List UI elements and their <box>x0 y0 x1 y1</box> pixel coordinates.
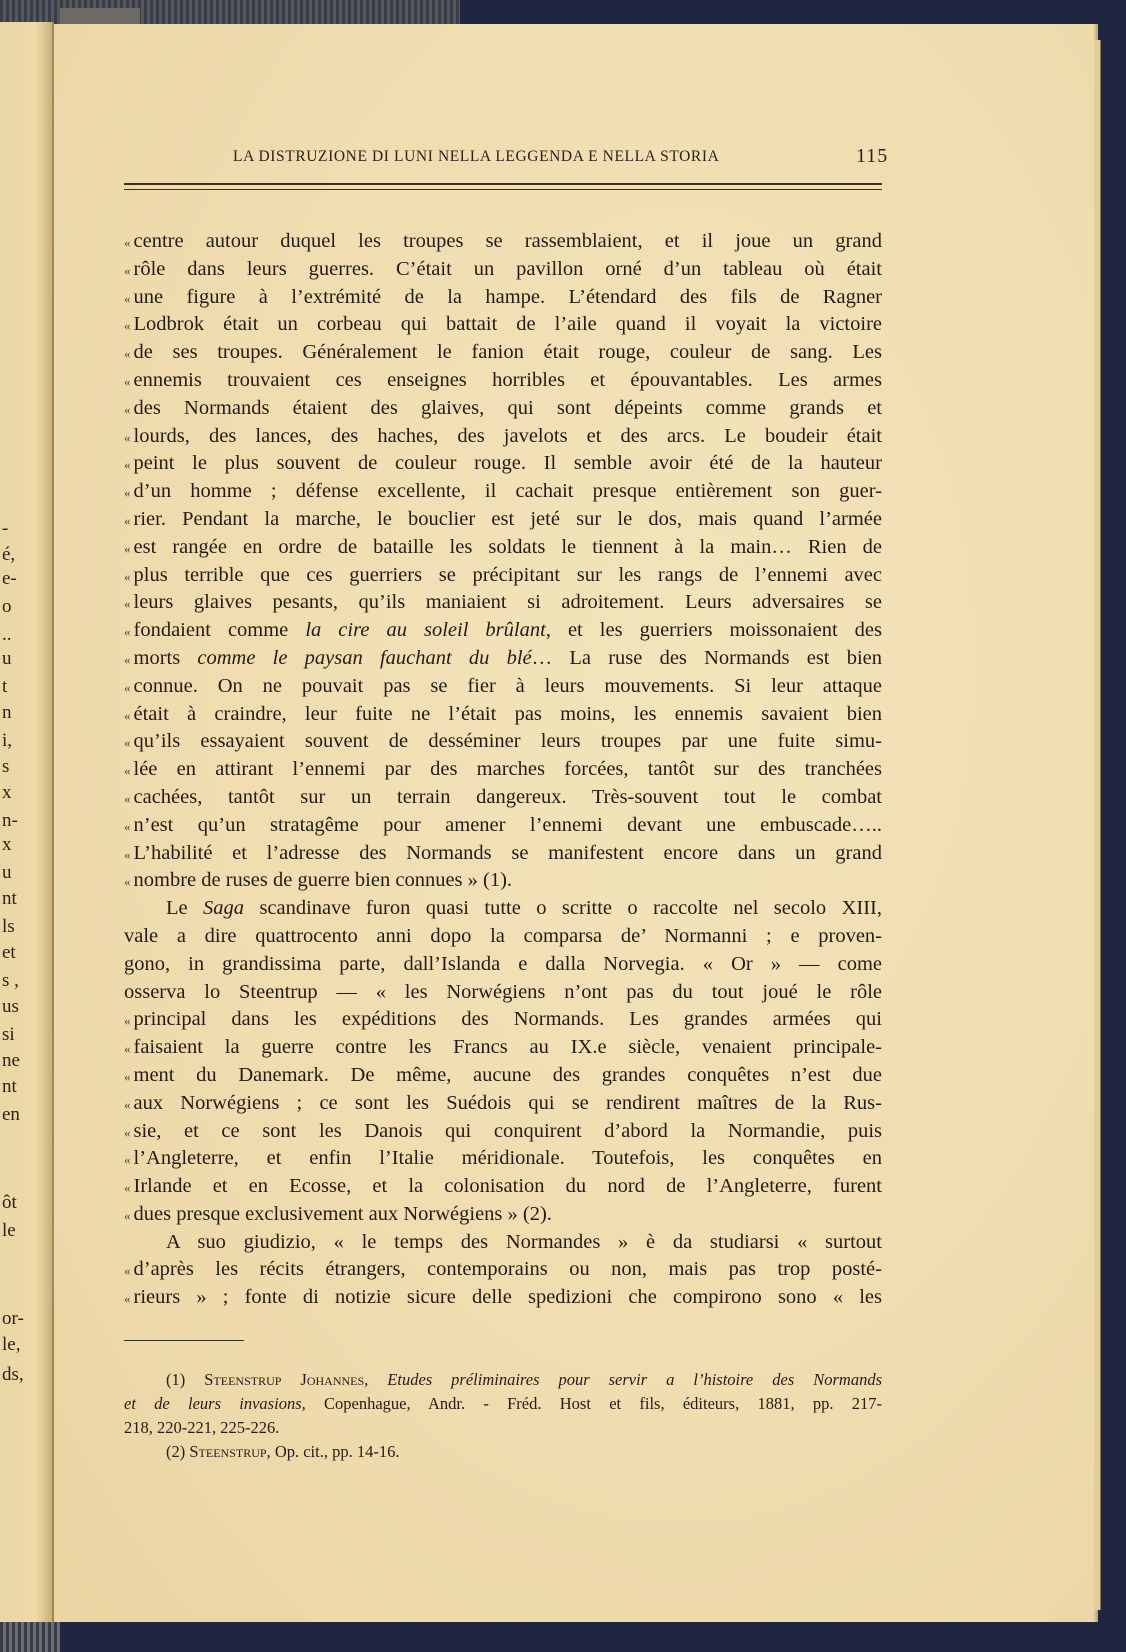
quote-mark: « <box>124 1069 131 1084</box>
paragraph-line: «sie, et ce sont les Danois qui conquire… <box>124 1118 882 1146</box>
previous-page-text-fragment: us <box>2 996 19 1018</box>
quote-mark: « <box>124 1208 131 1223</box>
quoted-line: «rier. Pendant la marche, le bouclier es… <box>124 506 882 534</box>
quoted-line: «connue. On ne pouvait pas se fier à leu… <box>124 673 882 701</box>
paragraph-line: «ment du Danemark. De même, aucune des g… <box>124 1062 882 1090</box>
quote-mark: « <box>124 1013 131 1028</box>
previous-page-text-fragment: en <box>2 1104 20 1126</box>
previous-page-text-fragment: .. <box>2 624 12 646</box>
quote-mark: « <box>124 430 131 445</box>
previous-page-text-fragment: t <box>2 676 7 698</box>
quoted-line: «une figure à l’extrémité de la hampe. L… <box>124 284 882 312</box>
quoted-line: «cachées, tantôt sur un terrain dangereu… <box>124 784 882 812</box>
previous-page-text-fragment: i, <box>2 730 12 752</box>
previous-page-text-fragment: x <box>2 782 12 804</box>
page-number: 115 <box>856 145 888 168</box>
paragraph-line: gono, in grandissima parte, dall’Islanda… <box>124 951 882 979</box>
header-rule-top <box>124 183 882 185</box>
footnote-line: 218, 220-221, 225-226. <box>124 1416 882 1440</box>
paragraph-line: «Irlande et en Ecosse, et la colonisatio… <box>124 1173 882 1201</box>
footnote-author: Steenstrup, <box>189 1442 270 1461</box>
footnote-separator <box>124 1340 244 1341</box>
previous-page-text-fragment: o <box>2 596 12 618</box>
previous-page-text-fragment: n- <box>2 810 18 832</box>
paragraph-line: «l’Angleterre, et enfin l’Italie méridio… <box>124 1145 882 1173</box>
previous-page-text-fragment: ôt <box>2 1192 17 1214</box>
paragraph-line: «aux Norwégiens ; ce sont les Suédois qu… <box>124 1090 882 1118</box>
quoted-line: «est rangée en ordre de bataille les sol… <box>124 534 882 562</box>
previous-page-text-fragment: si <box>2 1024 15 1046</box>
quote-mark: « <box>124 847 131 862</box>
previous-page-text-fragment: or- <box>2 1308 24 1330</box>
previous-page-text-fragment: é, <box>2 544 15 566</box>
footnote-title: et de leurs invasions, <box>124 1394 306 1413</box>
quote-mark: « <box>124 1041 131 1056</box>
previous-page-text-fragment: s , <box>2 970 19 992</box>
paragraph-line: «rieurs » ; fonte di notizie sicure dell… <box>124 1284 882 1312</box>
footnote-line: (2) Steenstrup, Op. cit., pp. 14-16. <box>124 1440 882 1464</box>
quoted-line: «lourds, des lances, des haches, des jav… <box>124 423 882 451</box>
paragraph-line: «dues presque exclusivement aux Norwégie… <box>124 1201 882 1229</box>
previous-page-text-fragment: ne <box>2 1050 20 1072</box>
book-binding-bottom <box>0 1620 60 1652</box>
previous-page-text-fragment: u <box>2 862 12 884</box>
previous-page-text-fragment: - <box>2 518 8 540</box>
quote-mark: « <box>124 541 131 556</box>
previous-page-text-fragment: ls <box>2 916 15 938</box>
quoted-line: «plus terrible que ces guerriers se préc… <box>124 562 882 590</box>
quote-mark: « <box>124 346 131 361</box>
previous-page-text-fragment: u <box>2 648 12 670</box>
quote-mark: « <box>124 874 131 889</box>
quoted-line: «rôle dans leurs guerres. C’était un pav… <box>124 256 882 284</box>
previous-page-text-fragment: le, <box>2 1334 20 1356</box>
quote-mark: « <box>124 513 131 528</box>
paragraph-line: vale a dire quattrocento anni dopo la co… <box>124 923 882 951</box>
previous-page-text-fragment: le <box>2 1220 16 1242</box>
quoted-line: «L’habilité et l’adresse des Normands se… <box>124 840 882 868</box>
previous-page-text-fragment: e- <box>2 568 17 590</box>
quote-mark: « <box>124 318 131 333</box>
quote-mark: « <box>124 819 131 834</box>
paragraph-line: A suo giudizio, « le temps des Normandes… <box>124 1229 882 1257</box>
paragraph-line: «faisaient la guerre contre les Francs a… <box>124 1034 882 1062</box>
page-edge-stack <box>1094 40 1101 1610</box>
body-text: «centre autour duquel les troupes se ras… <box>124 228 882 1312</box>
quote-mark: « <box>124 735 131 750</box>
previous-page-text-fragment: ds, <box>2 1364 24 1386</box>
quote-mark: « <box>124 485 131 500</box>
previous-page-edge: -é,e-o..utni,sxn-xuntlsets ,ussinentenôt… <box>0 22 54 1622</box>
quote-mark: « <box>124 1097 131 1112</box>
italic-phrase: comme le paysan fauchant du blé <box>197 647 531 669</box>
quoted-line: «était à craindre, leur fuite ne l’était… <box>124 701 882 729</box>
paragraph-line: osserva lo Steentrup — « les Norwégiens … <box>124 979 882 1007</box>
footnotes: (1) Steenstrup Johannes, Etudes prélimin… <box>124 1368 882 1464</box>
quote-mark: « <box>124 680 131 695</box>
previous-page-text-fragment: s <box>2 756 9 778</box>
quote-mark: « <box>124 374 131 389</box>
quoted-line: «centre autour duquel les troupes se ras… <box>124 228 882 256</box>
quoted-line: «nombre de ruses de guerre bien connues … <box>124 867 882 895</box>
italic-phrase: Saga <box>203 897 244 919</box>
running-head: LA DISTRUZIONE DI LUNI NELLA LEGGENDA E … <box>233 148 719 166</box>
previous-page-text-fragment: n <box>2 702 12 724</box>
quote-mark: « <box>124 652 131 667</box>
quote-mark: « <box>124 291 131 306</box>
quote-mark: « <box>124 1152 131 1167</box>
footnote-author: Steenstrup Johannes, <box>204 1370 368 1389</box>
previous-page-text-fragment: x <box>2 834 12 856</box>
quote-mark: « <box>124 1263 131 1278</box>
italic-phrase: la cire au soleil brûlant, <box>305 619 551 641</box>
quoted-line: «morts comme le paysan fauchant du blé… … <box>124 645 882 673</box>
quoted-line: «ennemis trouvaient ces enseignes horrib… <box>124 367 882 395</box>
previous-page-text-fragment: et <box>2 942 16 964</box>
quoted-line: «fondaient comme la cire au soleil brûla… <box>124 617 882 645</box>
quoted-line: «des Normands étaient des glaives, qui s… <box>124 395 882 423</box>
quoted-line: «de ses troupes. Généralement le fanion … <box>124 339 882 367</box>
quoted-line: «qu’ils essayaient souvent de desséminer… <box>124 728 882 756</box>
previous-page-text-fragment: nt <box>2 1076 17 1098</box>
quoted-line: «Lodbrok était un corbeau qui battait de… <box>124 311 882 339</box>
quote-mark: « <box>124 263 131 278</box>
quote-mark: « <box>124 708 131 723</box>
quote-mark: « <box>124 624 131 639</box>
quote-mark: « <box>124 596 131 611</box>
footnote-title: Etudes préliminaires pour servir a l’his… <box>368 1370 882 1389</box>
quote-mark: « <box>124 1125 131 1140</box>
quote-mark: « <box>124 569 131 584</box>
quoted-line: «leurs glaives pesants, qu’ils maniaient… <box>124 589 882 617</box>
quote-mark: « <box>124 763 131 778</box>
paragraph-line: «principal dans les expéditions des Norm… <box>124 1006 882 1034</box>
header-rule-bottom <box>124 189 882 190</box>
quoted-line: «n’est qu’un stratagême pour amener l’en… <box>124 812 882 840</box>
paragraph-line: «d’après les récits étrangers, contempor… <box>124 1256 882 1284</box>
quote-mark: « <box>124 791 131 806</box>
previous-page-text-fragment: nt <box>2 888 17 910</box>
quoted-line: «peint le plus souvent de couleur rouge.… <box>124 450 882 478</box>
paragraph-line: Le Saga scandinave furon quasi tutte o s… <box>124 895 882 923</box>
quote-mark: « <box>124 1180 131 1195</box>
quote-mark: « <box>124 402 131 417</box>
quoted-line: «lée en attirant l’ennemi par des marche… <box>124 756 882 784</box>
quote-mark: « <box>124 235 131 250</box>
quote-mark: « <box>124 1291 131 1306</box>
footnote-line: et de leurs invasions, Copenhague, Andr.… <box>124 1392 882 1416</box>
footnote-line: (1) Steenstrup Johannes, Etudes prélimin… <box>124 1368 882 1392</box>
quoted-line: «d’un homme ; défense excellente, il cac… <box>124 478 882 506</box>
quote-mark: « <box>124 457 131 472</box>
